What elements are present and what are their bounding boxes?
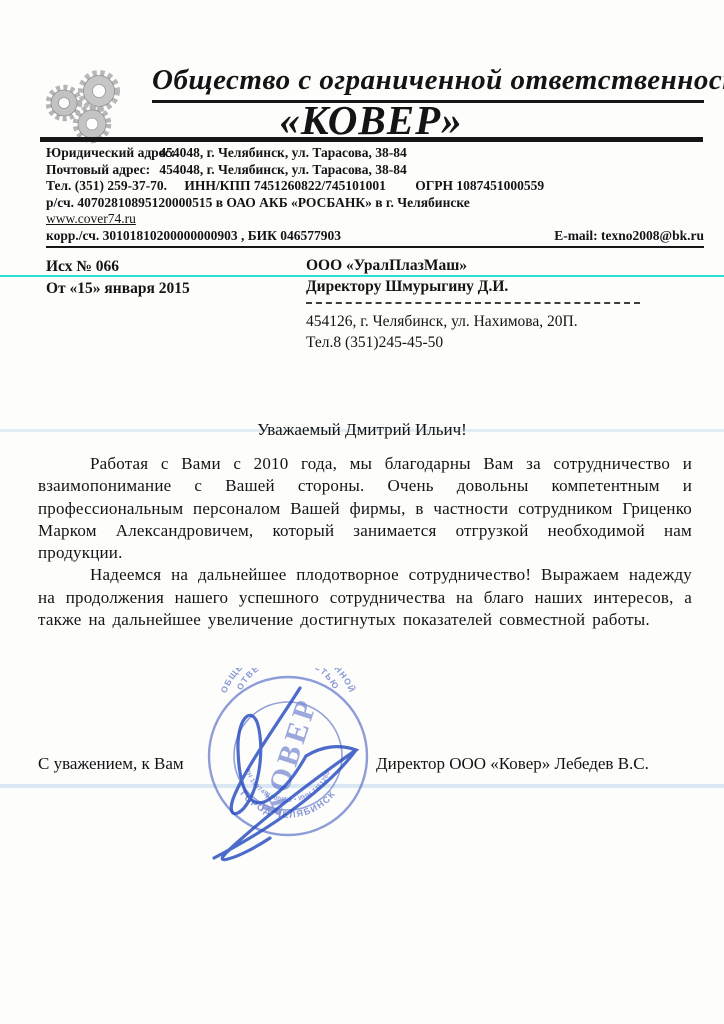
- scanner-cyan-line: [0, 275, 724, 277]
- website-link: www.cover74.ru: [46, 211, 704, 228]
- recipient-attention: Директору Шмурыгину Д.И.: [306, 276, 651, 297]
- body-paragraph: Работая с Вами с 2010 года, мы благодарн…: [38, 453, 692, 564]
- dashed-separator: [306, 302, 640, 304]
- legal-address-label: Юридический адрес:: [46, 145, 156, 162]
- recipient-company: ООО «УралПлазМаш»: [306, 255, 651, 276]
- inn-kpp-value: ИНН/КПП 7451260822/745101001: [184, 178, 385, 193]
- recipient-phone: Тел.8 (351)245-45-50: [306, 332, 651, 353]
- postal-address-value: 454048, г. Челябинск, ул. Тарасова, 38-8…: [159, 162, 406, 177]
- phone-value: Тел. (351) 259-37-70.: [46, 178, 167, 193]
- body-paragraph: Надеемся на дальнейшее плодотворное сотр…: [38, 564, 692, 631]
- phone-inn-ogrn-line: Тел. (351) 259-37-70. ИНН/КПП 7451260822…: [46, 178, 704, 195]
- legal-address-line: Юридический адрес: 454048, г. Челябинск,…: [46, 145, 704, 162]
- corr-account-value: корр./сч. 30101810200000000903 , БИК 046…: [46, 228, 341, 245]
- postal-address-line: Почтовый адрес: 454048, г. Челябинск, ул…: [46, 162, 704, 179]
- account-line: р/сч. 40702810895120000515 в ОАО АКБ «РО…: [46, 195, 704, 212]
- outgoing-ref-block: Исх № 066 От «15» января 2015: [46, 256, 190, 299]
- header-rule: [40, 137, 703, 142]
- ogrn-value: ОГРН 1087451000559: [415, 178, 544, 193]
- recipient-address: 454126, г. Челябинск, ул. Нахимова, 20П.: [306, 311, 651, 332]
- letterhead-details: Юридический адрес: 454048, г. Челябинск,…: [46, 145, 704, 248]
- salutation: Уважаемый Дмитрий Ильич!: [0, 420, 724, 440]
- closing-phrase: С уважением, к Вам: [38, 754, 184, 774]
- outgoing-date: От «15» января 2015: [46, 278, 190, 300]
- signer-name: Директор ООО «Ковер» Лебедев В.С.: [376, 754, 649, 774]
- corr-email-line: корр./сч. 30101810200000000903 , БИК 046…: [46, 228, 704, 249]
- email-value: E-mail: texno2008@bk.ru: [554, 228, 704, 245]
- letter-body: Работая с Вами с 2010 года, мы благодарн…: [38, 453, 692, 631]
- scanned-letter-page: Общество с ограниченной ответственностью…: [0, 0, 724, 1024]
- legal-address-value: 454048, г. Челябинск, ул. Тарасова, 38-8…: [159, 145, 406, 160]
- postal-address-label: Почтовый адрес:: [46, 162, 156, 179]
- recipient-block: ООО «УралПлазМаш» Директору Шмурыгину Д.…: [306, 255, 651, 353]
- handwritten-signature: [180, 662, 416, 872]
